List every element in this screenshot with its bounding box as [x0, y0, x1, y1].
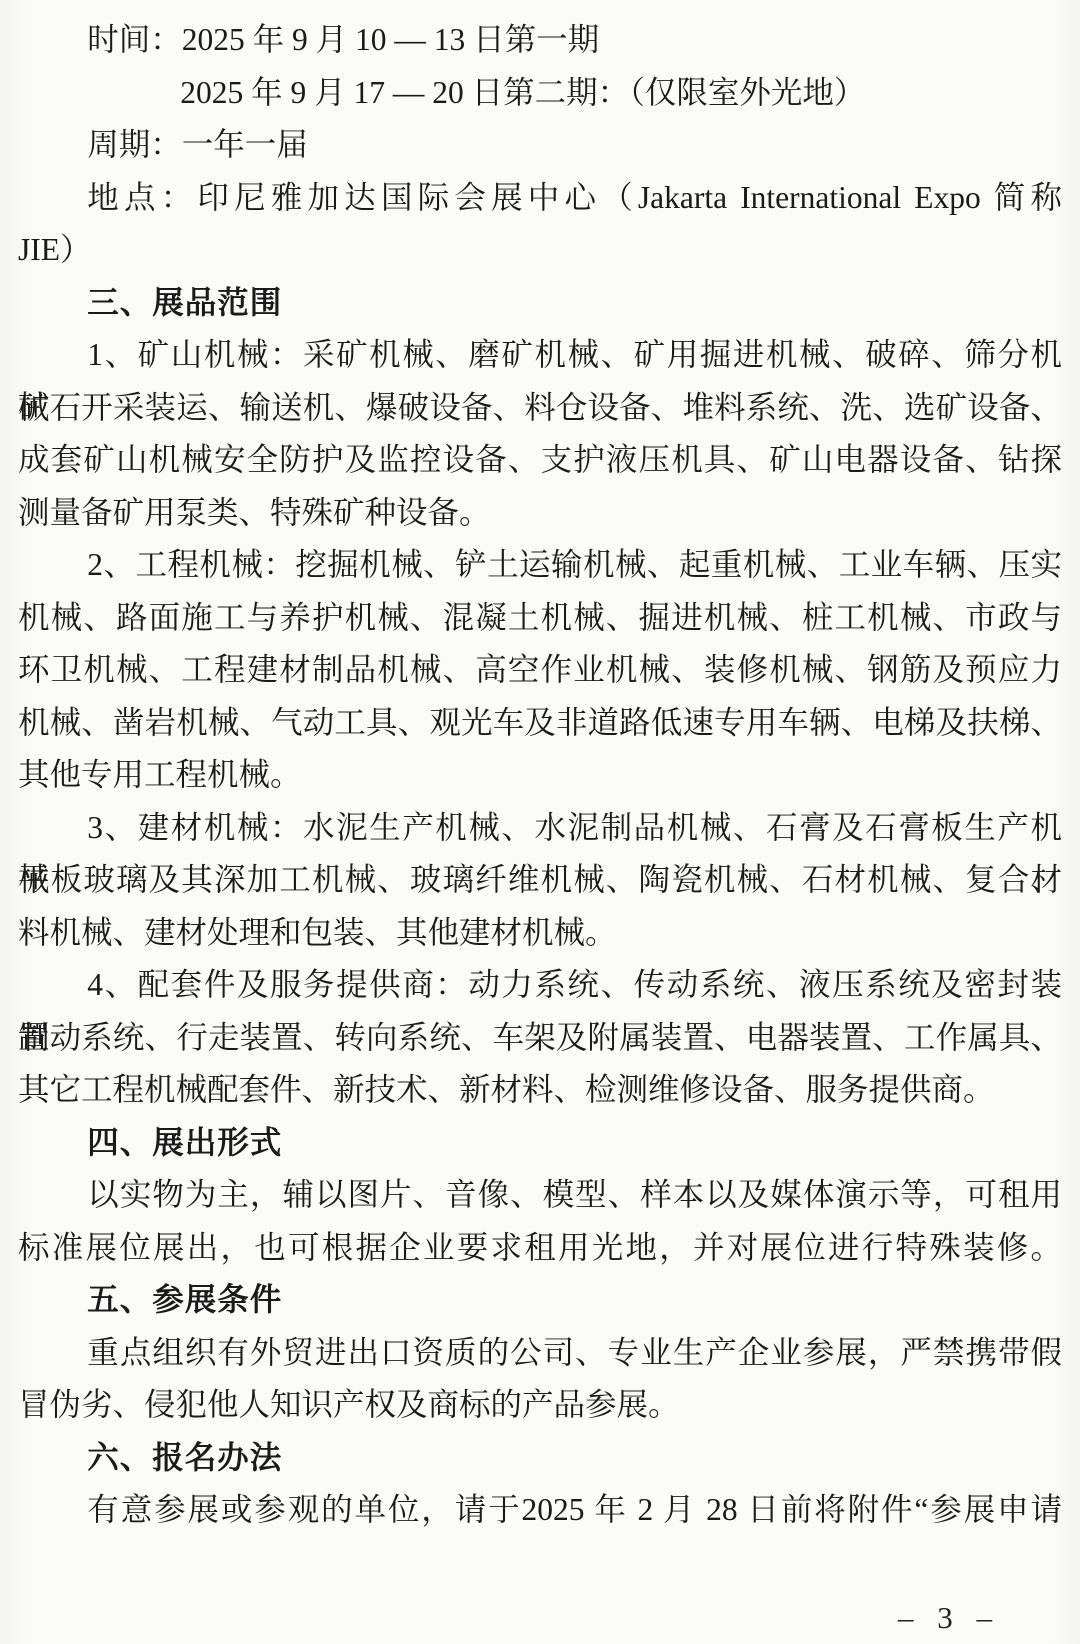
text-line: 其它工程机械配套件、新技术、新材料、检测维修设备、服务提供商。	[18, 1064, 1062, 1117]
heading-section-6-registration: 六、报名办法	[18, 1432, 1062, 1485]
line-time: 时间：2025 年 9 月 10 — 13 日第一期	[18, 14, 1062, 67]
text-line: 矿石开采装运、输送机、爆破设备、料仓设备、堆料系统、洗、选矿设备、	[18, 382, 1062, 435]
line-cycle: 周期：一年一届	[18, 119, 1062, 172]
line-time-period2: 2025 年 9 月 17 — 20 日第二期：（仅限室外光地）	[18, 67, 1062, 120]
document-page: 时间：2025 年 9 月 10 — 13 日第一期 2025 年 9 月 17…	[0, 0, 1080, 1644]
text-line: 平板玻璃及其深加工机械、玻璃纤维机械、陶瓷机械、石材机械、复合材	[18, 854, 1062, 907]
page-number: – 3 –	[898, 1600, 1000, 1636]
heading-section-3-exhibit-scope: 三、展品范围	[18, 277, 1062, 330]
text-line: 其他专用工程机械。	[18, 749, 1062, 802]
text-line: 环卫机械、工程建材制品机械、高空作业机械、装修机械、钢筋及预应力	[18, 644, 1062, 697]
heading-section-4-exhibit-form: 四、展出形式	[18, 1117, 1062, 1170]
text-line: 有意参展或参观的单位，请于2025 年 2 月 28 日前将附件“参展申请	[18, 1484, 1062, 1537]
text-line: 制动系统、行走装置、转向系统、车架及附属装置、电器装置、工作属具、	[18, 1012, 1062, 1065]
text-line: 料机械、建材处理和包装、其他建材机械。	[18, 907, 1062, 960]
heading-section-5-conditions: 五、参展条件	[18, 1274, 1062, 1327]
text-line: 1、矿山机械：采矿机械、磨矿机械、矿用掘进机械、破碎、筛分机械、	[18, 329, 1062, 382]
document-body: 时间：2025 年 9 月 10 — 13 日第一期 2025 年 9 月 17…	[18, 14, 1062, 1537]
text-line: 机械、凿岩机械、气动工具、观光车及非道路低速专用车辆、电梯及扶梯、	[18, 697, 1062, 750]
text-line: 成套矿山机械安全防护及监控设备、支护液压机具、矿山电器设备、钻探	[18, 434, 1062, 487]
line-location-cont: JIE）	[18, 224, 1062, 277]
text-line: 3、建材机械：水泥生产机械、水泥制品机械、石膏及石膏板生产机械、	[18, 802, 1062, 855]
text-line: 以实物为主，辅以图片、音像、模型、样本以及媒体演示等，可租用	[18, 1169, 1062, 1222]
text-line: 4、配套件及服务提供商：动力系统、传动系统、液压系统及密封装置、	[18, 959, 1062, 1012]
text-line: 重点组织有外贸进出口资质的公司、专业生产企业参展，严禁携带假	[18, 1327, 1062, 1380]
text-line: 冒伪劣、侵犯他人知识产权及商标的产品参展。	[18, 1379, 1062, 1432]
text-line: 标准展位展出，也可根据企业要求租用光地，并对展位进行特殊装修。	[18, 1222, 1062, 1275]
text-line: 2、工程机械：挖掘机械、铲土运输机械、起重机械、工业车辆、压实	[18, 539, 1062, 592]
text-line: 测量备矿用泵类、特殊矿种设备。	[18, 487, 1062, 540]
line-location: 地点：印尼雅加达国际会展中心（Jakarta International Exp…	[18, 172, 1062, 225]
text-line: 机械、路面施工与养护机械、混凝土机械、掘进机械、桩工机械、市政与	[18, 592, 1062, 645]
